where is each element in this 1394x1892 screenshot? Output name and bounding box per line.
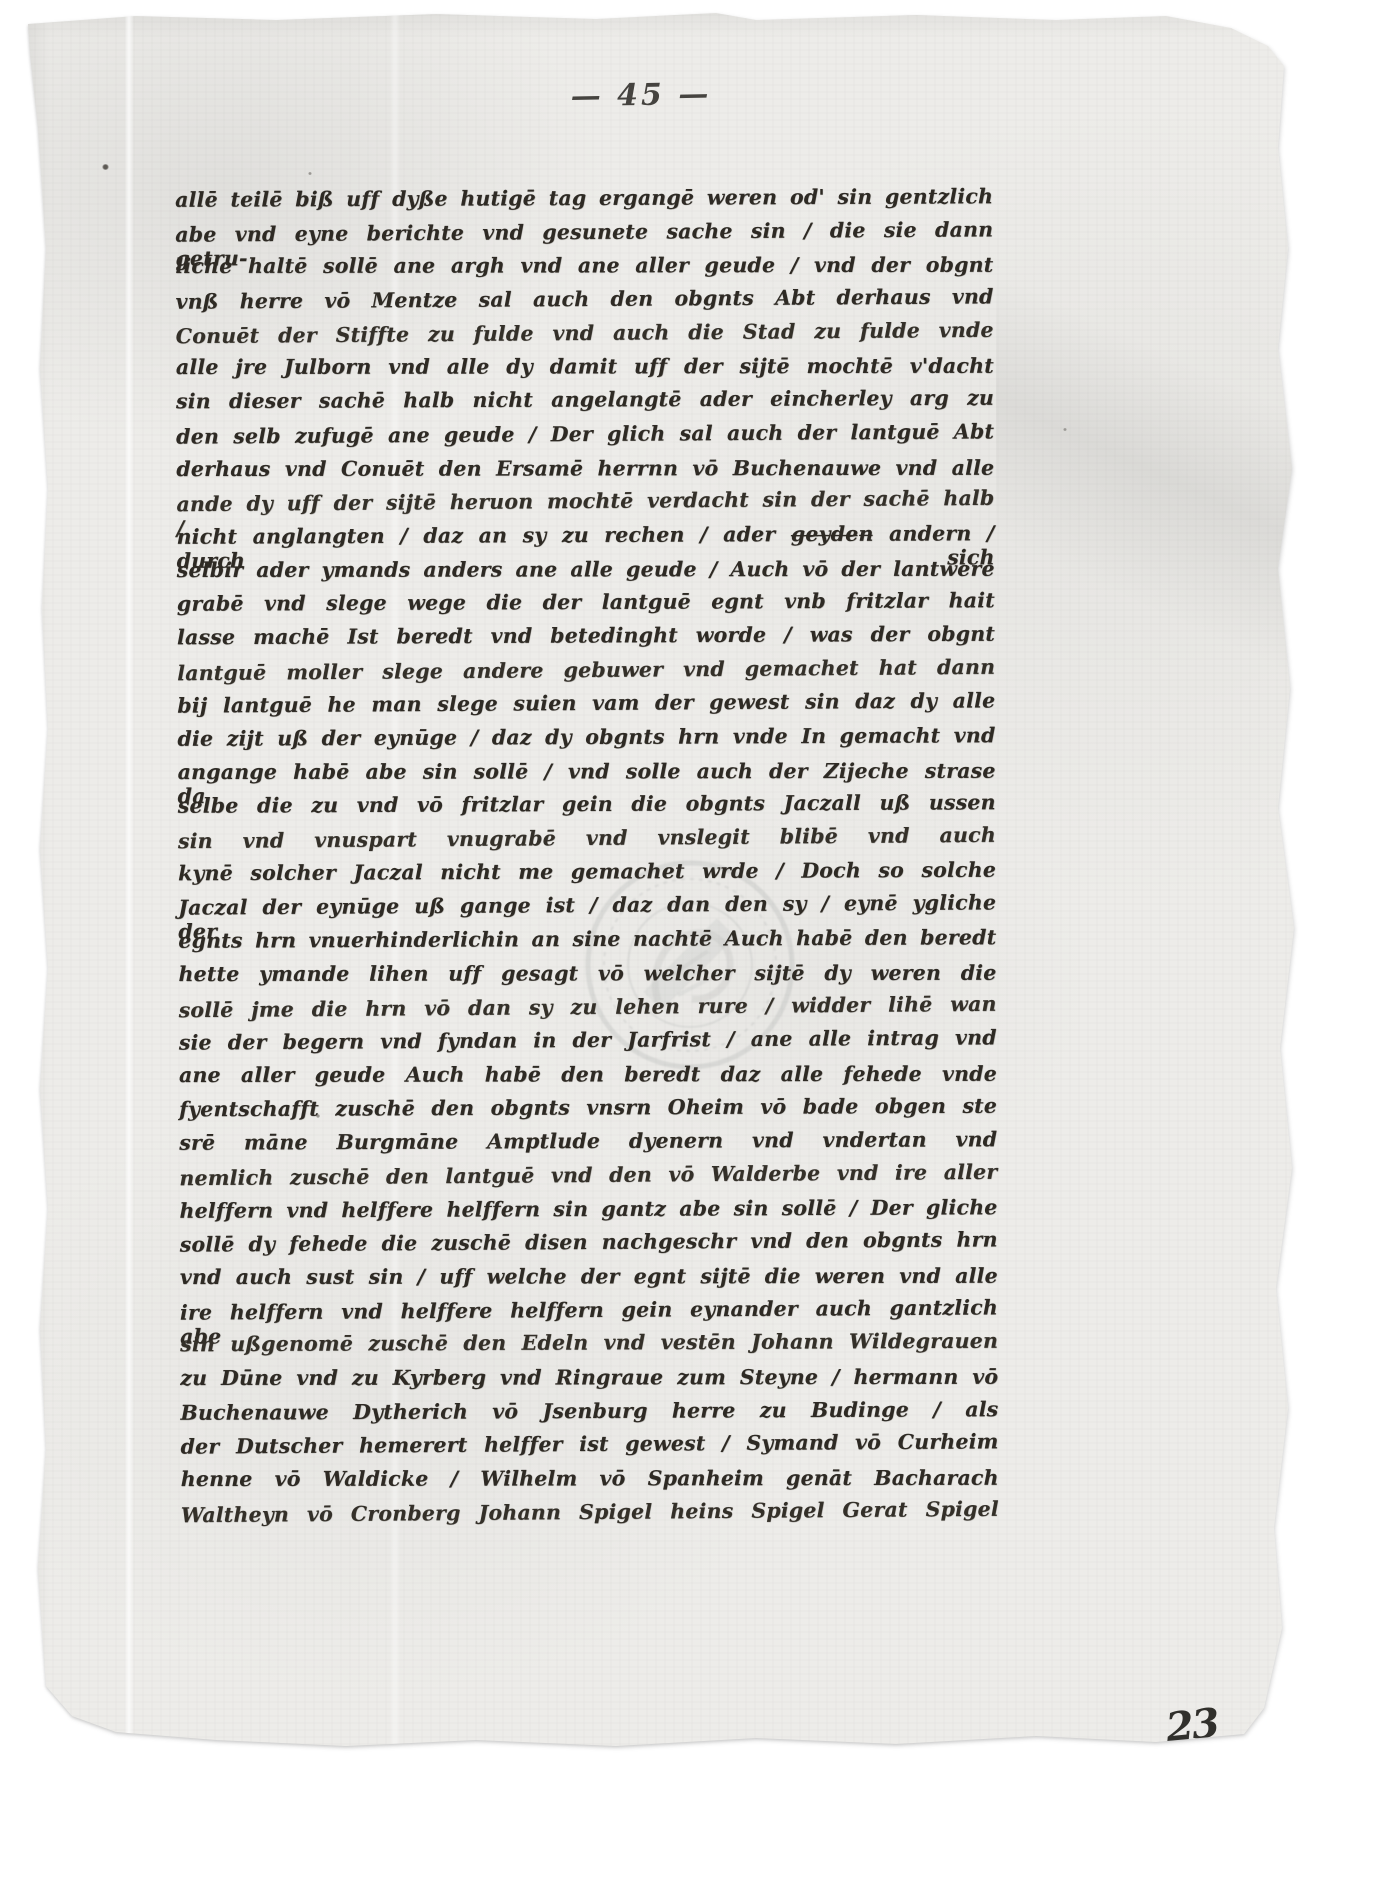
manuscript-line: Conuēt der Stiffte zu fulde vnd auch die… — [176, 318, 994, 358]
manuscript-line: die zijt uß der eynūge / daz dy obgnts h… — [177, 723, 995, 760]
paper-shadow-wrap: — 45 — allē teilē biß uff dyße hutigē ta… — [0, 0, 1394, 1892]
manuscript-line: abe vnd eyne berichte vnd gesunete sache… — [175, 217, 993, 256]
manuscript-line: sin dieser sachē halb nicht angelangtē a… — [176, 386, 994, 423]
manuscript-line: ande dy uff der sijtē heruon mochtē verd… — [176, 486, 994, 526]
manuscript-line: kynē solcher Jaczal nicht me gemachet wr… — [178, 857, 996, 894]
manuscript-line: Jaczal der eynūge uß gange ist / daz dan… — [178, 891, 996, 930]
manuscript-line: sollē dy fehede die zuschē disen nachges… — [180, 1228, 998, 1267]
manuscript-line: derhaus vnd Conuēt den Ersamē herrnn vō … — [176, 455, 994, 490]
manuscript-line: sie der begern vnd fyndan in der Jarfris… — [179, 1026, 997, 1065]
manuscript-line: nicht anglangten / daz an sy zu rechen /… — [177, 521, 995, 558]
manuscript-line: zu Dūne vnd zu Kyrberg vnd Ringraue zum … — [180, 1365, 998, 1400]
ink-speck — [1063, 428, 1067, 431]
paper-crease-shade — [996, 188, 1296, 748]
manuscript-line: sin vnd vnuspart vnugrabē vnd vnslegit b… — [178, 823, 996, 863]
manuscript-line: srē māne Burgmāne Amptlude dyenern vnd v… — [179, 1127, 997, 1164]
folio-number: 23 — [1164, 1699, 1220, 1751]
manuscript-line: fyentschafft zuschē den obgnts vnsrn Ohe… — [179, 1093, 997, 1130]
ink-speck — [316, 1114, 320, 1118]
manuscript-line: alle jre Julborn vnd alle dy damit uff d… — [176, 354, 994, 389]
manuscript-line: selbir ader ymands anders ane alle geude… — [177, 556, 995, 591]
manuscript-line: hette ymande lihen uff gesagt vō welcher… — [178, 961, 996, 996]
manuscript-line: bij lantguē he man slege suien vam der g… — [177, 689, 995, 728]
manuscript-line: vnß herre vō Mentze sal auch den obgnts … — [175, 284, 993, 323]
page-number: — 45 — — [536, 76, 747, 115]
manuscript-line: lasse machē Ist beredt vnd betedinght wo… — [177, 622, 995, 659]
manuscript-line: selbe die zu vnd vō fritzlar gein die ob… — [178, 791, 996, 828]
scan-background: — 45 — allē teilē biß uff dyße hutigē ta… — [0, 0, 1394, 1892]
manuscript-line: Buchenauwe Dytherich vō Jsenburg herre z… — [180, 1397, 998, 1434]
manuscript-line: angange habē abe sin sollē / vnd solle a… — [178, 758, 996, 793]
manuscript-line: der Dutscher hemerert helffer ist gewest… — [180, 1430, 998, 1469]
manuscript-text-block: allē teilē biß uff dyße hutigē tag ergan… — [175, 184, 999, 1535]
manuscript-paper: — 45 — allē teilē biß uff dyße hutigē ta… — [16, 8, 1316, 1780]
paper-crease — [124, 8, 134, 1780]
manuscript-line: helffern vnd helffere helffern sin gantz… — [179, 1195, 997, 1232]
manuscript-line: sin ußgenomē zuschē den Edeln vnd vestēn… — [180, 1329, 998, 1366]
manuscript-line: vnd auch sust sin / uff welche der egnt … — [180, 1264, 998, 1299]
ink-speck — [102, 164, 109, 170]
manuscript-line: ane aller geude Auch habē den beredt daz… — [179, 1062, 997, 1097]
manuscript-line: grabē vnd slege wege die der lantguē egn… — [177, 588, 995, 625]
manuscript-line: liche haltē sollē ane argh vnd ane aller… — [175, 253, 993, 288]
ink-speck — [308, 172, 312, 175]
manuscript-line: egnts hrn vnuerhinderlichin an sine nach… — [178, 925, 996, 962]
manuscript-line: henne vō Waldicke / Wilhelm vō Spanheim … — [181, 1466, 999, 1501]
manuscript-line: allē teilē biß uff dyße hutigē tag ergan… — [175, 184, 993, 221]
manuscript-line: den selb zufugē ane geude / Der glich sa… — [176, 419, 994, 458]
manuscript-line: Waltheyn vō Cronberg Johann Spigel heins… — [181, 1497, 999, 1537]
manuscript-line: ire helffern vnd helffere helffern gein … — [180, 1295, 998, 1334]
manuscript-line: nemlich zuschē den lantguē vnd den vō Wa… — [179, 1160, 997, 1200]
